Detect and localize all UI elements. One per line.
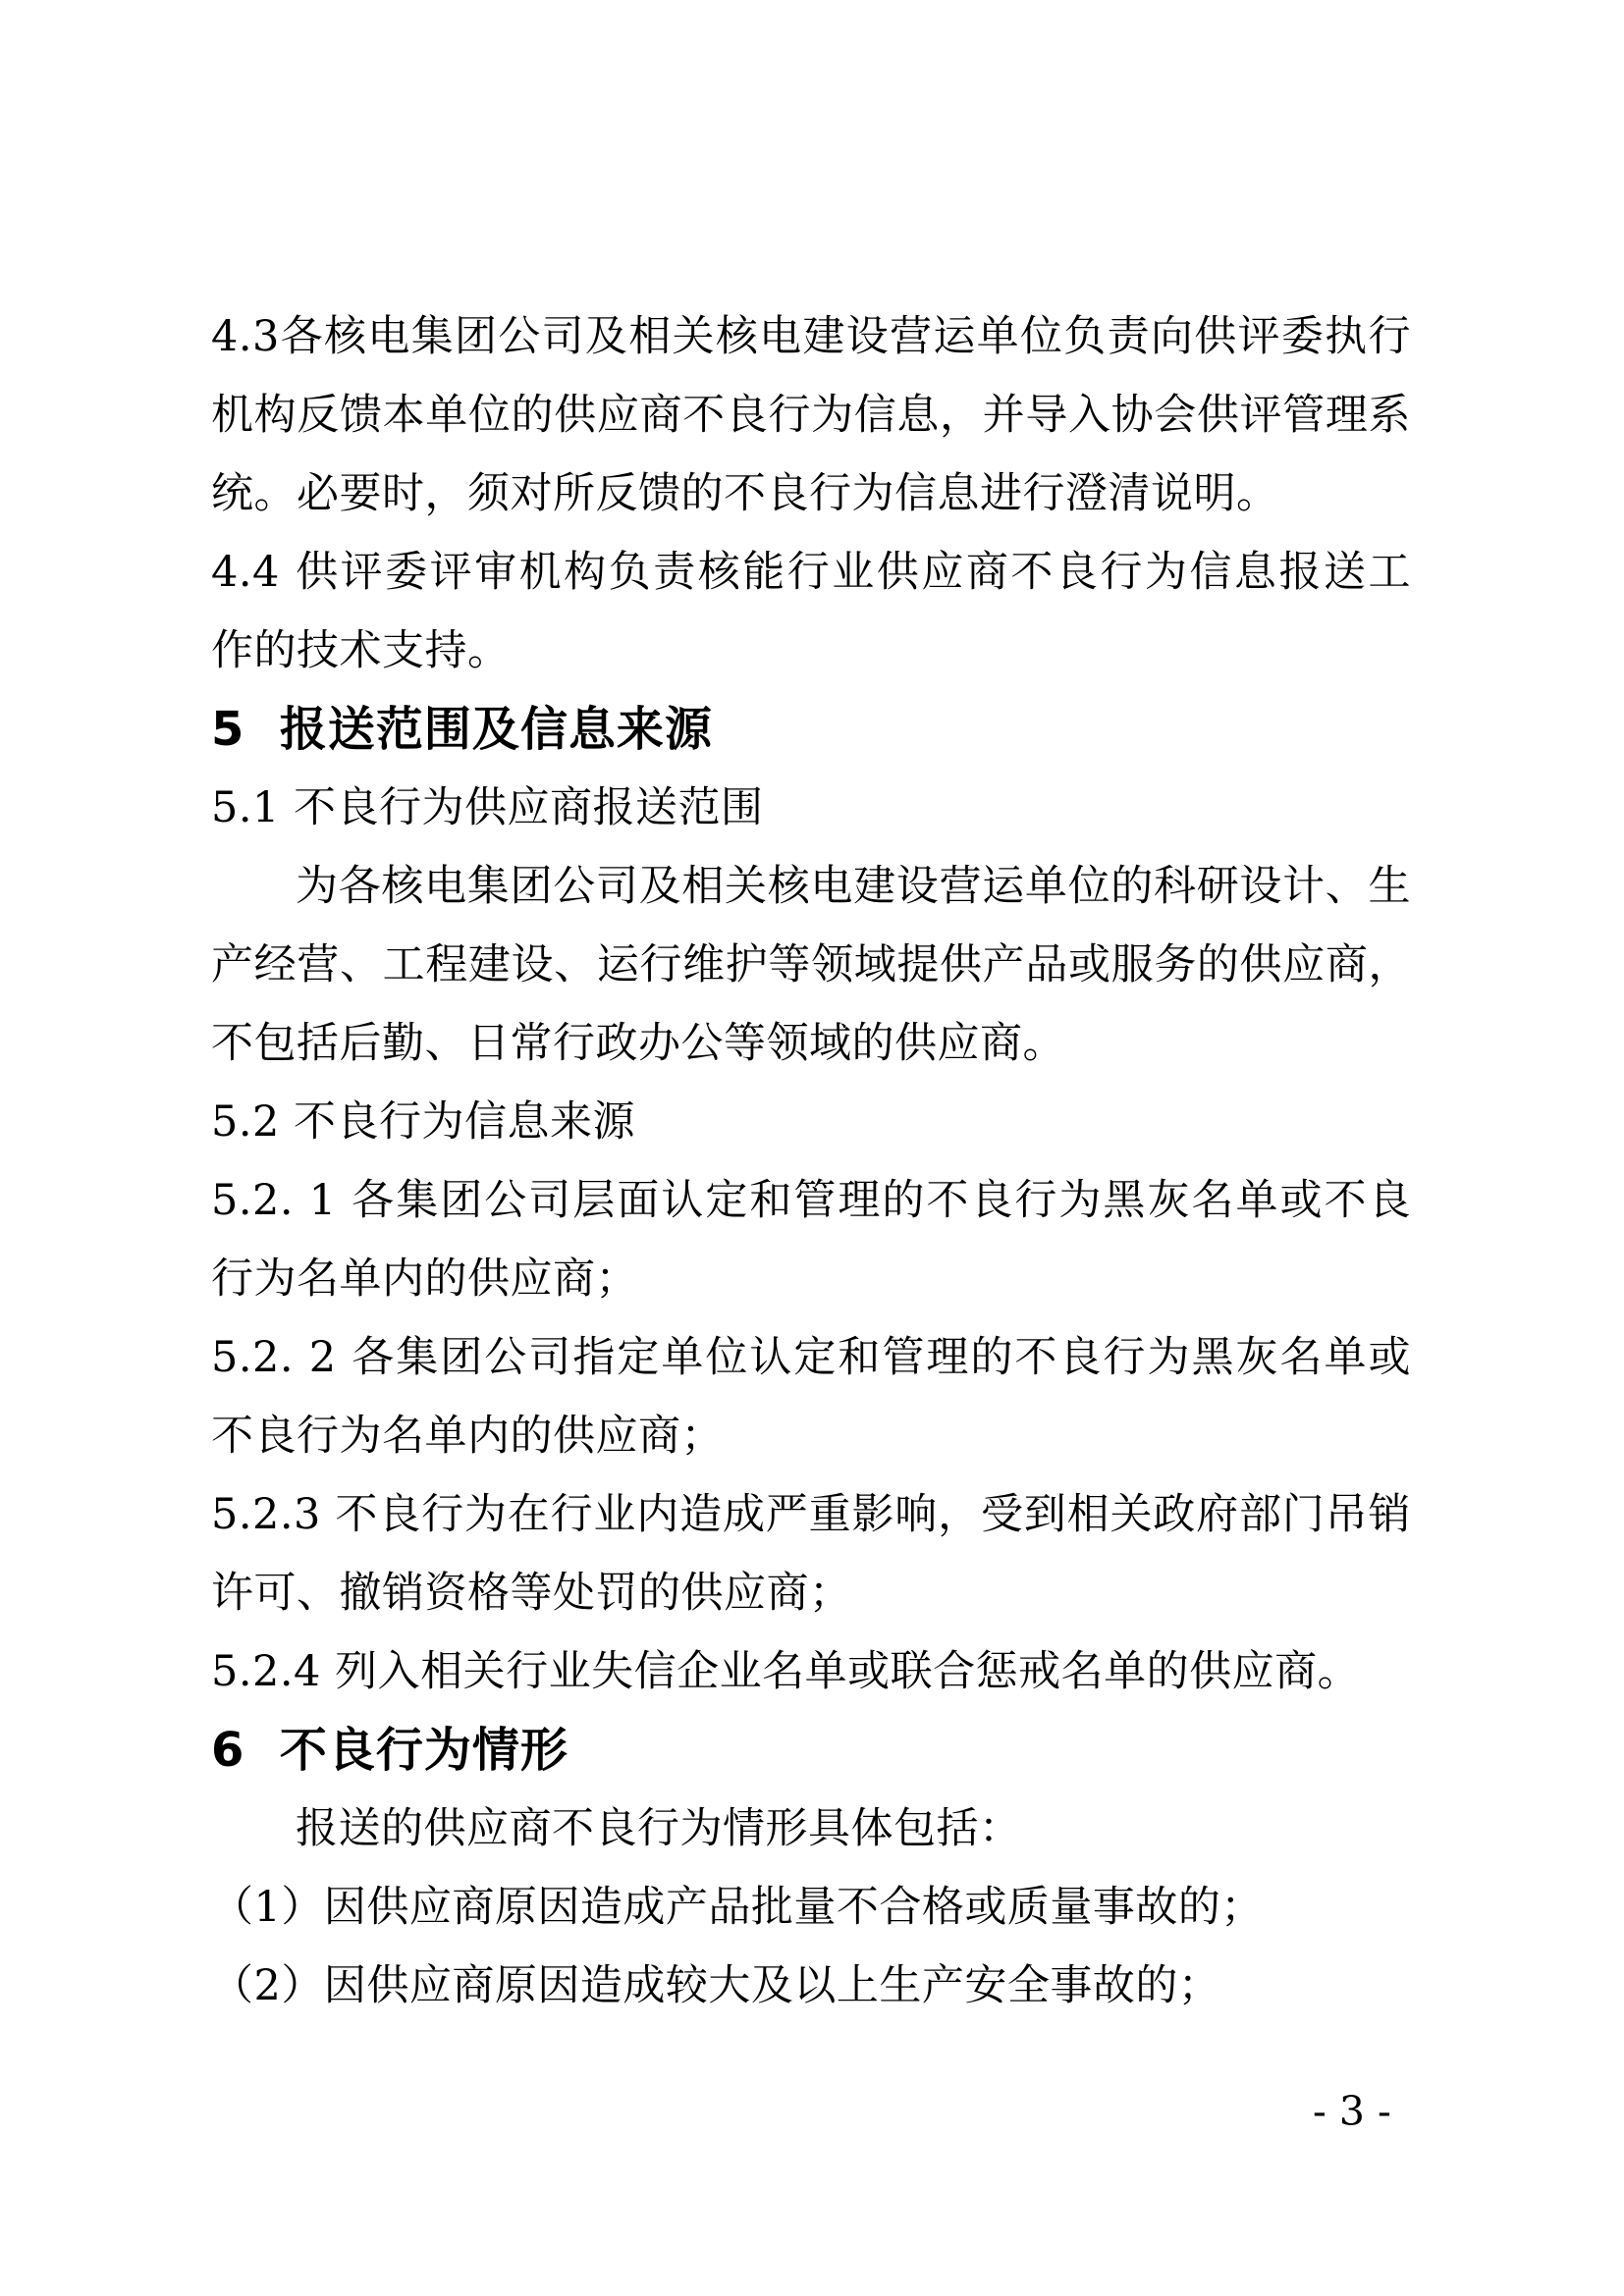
text-line-5-1: 5.1 不良行为供应商报送范围	[211, 769, 1411, 847]
text-line: 作的技术支持。	[211, 612, 1411, 690]
text-line-5-2-1: 5.2. 1 各集团公司层面认定和管理的不良行为黑灰名单或不良	[211, 1161, 1411, 1240]
text-line-item-2: （2）因供应商原因造成较大及以上生产安全事故的；	[211, 1947, 1411, 2025]
text-line-5-2-3: 5.2.3 不良行为在行业内造成严重影响，受到相关政府部门吊销	[211, 1475, 1411, 1554]
page-number: - 3 -	[1313, 2087, 1391, 2136]
text-line: 不包括后勤、日常行政办公等领域的供应商。	[211, 1004, 1411, 1083]
text-line: 不良行为名单内的供应商；	[211, 1397, 1411, 1475]
text-line: 为各核电集团公司及相关核电建设营运单位的科研设计、生	[211, 847, 1411, 926]
text-line-5-2: 5.2 不良行为信息来源	[211, 1083, 1411, 1161]
text-line: 统。必要时，须对所反馈的不良行为信息进行澄清说明。	[211, 454, 1411, 533]
text-line-5-2-2: 5.2. 2 各集团公司指定单位认定和管理的不良行为黑灰名单或	[211, 1318, 1411, 1397]
text-line-4-3: 4.3各核电集团公司及相关核电建设营运单位负责向供评委执行	[211, 297, 1411, 376]
text-line-item-1: （1）因供应商原因造成产品批量不合格或质量事故的；	[211, 1868, 1411, 1947]
text-line: 行为名单内的供应商；	[211, 1240, 1411, 1318]
section-heading-6: 6 不良行为情形	[211, 1711, 1411, 1789]
text-line-4-4: 4.4 供评委评审机构负责核能行业供应商不良行为信息报送工	[211, 533, 1411, 612]
text-line: 产经营、工程建设、运行维护等领域提供产品或服务的供应商，	[211, 926, 1411, 1004]
section-heading-5: 5 报送范围及信息来源	[211, 690, 1411, 769]
text-line: 报送的供应商不良行为情形具体包括：	[211, 1789, 1411, 1868]
document-page: 4.3各核电集团公司及相关核电建设营运单位负责向供评委执行 机构反馈本单位的供应…	[0, 0, 1624, 2296]
text-line-5-2-4: 5.2.4 列入相关行业失信企业名单或联合惩戒名单的供应商。	[211, 1632, 1411, 1711]
text-line: 许可、撤销资格等处罚的供应商；	[211, 1554, 1411, 1632]
document-body: 4.3各核电集团公司及相关核电建设营运单位负责向供评委执行 机构反馈本单位的供应…	[211, 297, 1411, 2025]
text-line: 机构反馈本单位的供应商不良行为信息，并导入协会供评管理系	[211, 376, 1411, 454]
